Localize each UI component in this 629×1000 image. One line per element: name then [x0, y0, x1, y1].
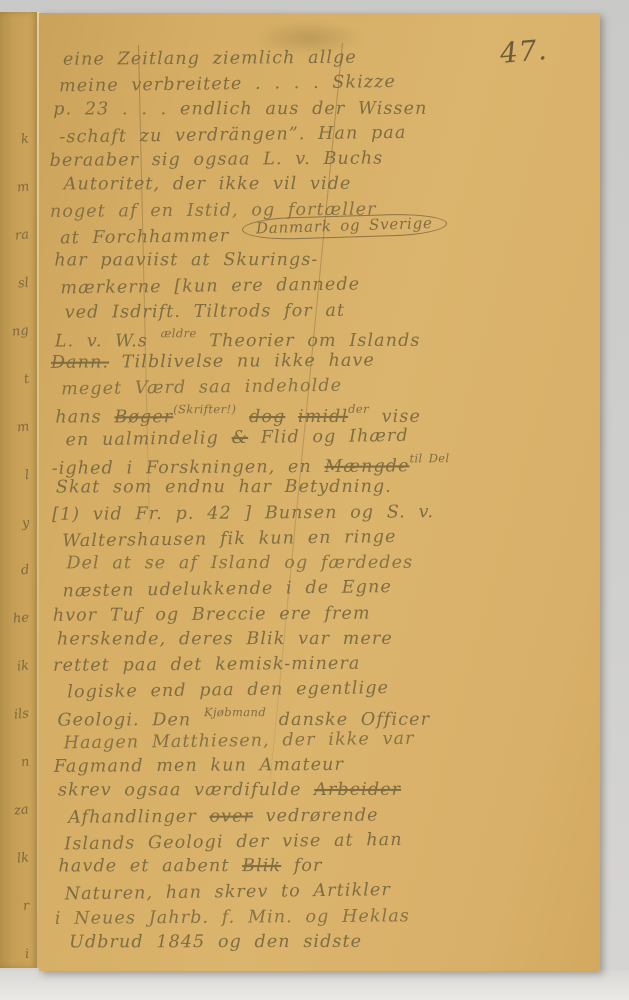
- handwritten-text: Afhandlinger: [68, 806, 209, 827]
- handwritten-text: i Neues Jahrb. f. Min. og Heklas: [55, 906, 410, 928]
- superscript-insertion: ældre: [161, 326, 197, 340]
- handwritten-text: -schaft zu verdrängen”. Han paa: [59, 123, 406, 148]
- handwritten-text: Theorier om Islands: [197, 331, 421, 351]
- struck-word: Dann.: [51, 352, 109, 372]
- manuscript-line: logiske end paa den egentlige: [67, 676, 583, 708]
- handwritten-text: beraaber sig ogsaa L. v. Buchs: [50, 149, 384, 171]
- edge-fragment: m: [16, 179, 30, 195]
- edge-fragment: y: [21, 515, 30, 531]
- manuscript-line: L. v. W.s ældre Theorier om Islands: [55, 325, 581, 351]
- handwritten-text: havde et aabent: [59, 856, 243, 876]
- manuscript-line: Islands Geologi der vise at han: [64, 827, 584, 859]
- edge-fragment: ra: [14, 227, 29, 243]
- handwritten-text: rettet paa det kemisk-minera: [53, 654, 360, 676]
- handwritten-text: [236, 407, 249, 427]
- handwritten-text: Islands Geologi der vise at han: [64, 830, 403, 854]
- handwritten-text: -ighed i Forskningen, en: [52, 457, 325, 479]
- edge-fragment: sl: [17, 275, 29, 291]
- handwritten-text: vedrørende: [253, 805, 379, 826]
- manuscript-line: herskende, deres Blik var mere: [57, 628, 583, 654]
- edge-fragment: ng: [12, 323, 30, 340]
- handwritten-text: Flid og Ihærd: [248, 426, 409, 448]
- manuscript-line: hvor Tuf og Breccie ere frem: [53, 602, 583, 631]
- manuscript-line: meine verbreitete . . . . Skizze: [59, 70, 579, 102]
- superscript-insertion: til Del: [409, 451, 449, 465]
- superscript-insertion: (Skrifter!): [173, 402, 236, 416]
- edge-fragment: d: [20, 563, 30, 579]
- handwritten-text: herskende, deres Blik var mere: [57, 629, 393, 650]
- manuscript-lines: eine Zeitlang ziemlich allgemeine verbre…: [49, 46, 585, 959]
- edge-fragment: ik: [16, 659, 30, 675]
- edge-fragment: he: [12, 611, 30, 628]
- manuscript-line: at Forchhammer Danmark og Sverige: [60, 221, 580, 253]
- edge-fragment: za: [14, 802, 30, 818]
- manuscript-line: ved Isdrift. Tiltrods for at: [65, 299, 581, 328]
- handwritten-text: danske Officer: [266, 709, 430, 729]
- handwritten-text: [285, 407, 298, 427]
- superscript-insertion: Kjøbmand: [204, 705, 266, 719]
- manuscript-line: p. 23 . . . endlich aus der Wissen: [53, 98, 579, 124]
- edge-fragment: n: [20, 755, 30, 771]
- manuscript-line: beraaber sig ogsaa L. v. Buchs: [50, 147, 580, 176]
- handwritten-text: hans: [55, 407, 114, 427]
- struck-word: dog: [249, 407, 285, 427]
- manuscript-line: skrev ogsaa værdifulde Arbeider: [58, 780, 584, 806]
- edge-fragment: k: [20, 132, 29, 147]
- handwritten-text: en ualmindelig: [65, 428, 231, 450]
- handwritten-text: Waltershausen fik kun en ringe: [62, 527, 397, 551]
- edge-fragment: r: [22, 899, 30, 915]
- handwritten-text: logiske end paa den egentlige: [67, 678, 389, 702]
- previous-page-edge: kmraslngtmlydheikilsnzalkri: [0, 12, 38, 968]
- handwritten-text: at Forchhammer: [60, 226, 242, 248]
- handwritten-text: Skat som endnu har Betydning.: [56, 477, 392, 498]
- handwritten-text: meget Værd saa indeholde: [61, 376, 342, 400]
- handwritten-text: mærkerne [kun ere dannede: [60, 275, 360, 299]
- handwritten-text: Fagmand men kun Amateur: [54, 755, 344, 777]
- struck-word: Mængde: [324, 456, 409, 477]
- handwritten-text: næsten udelukkende i de Egne: [62, 577, 391, 601]
- scanned-manuscript: kmraslngtmlydheikilsnzalkri 47. eine Zei…: [0, 0, 629, 1000]
- handwritten-text: Autoritet, der ikke vil vide: [64, 174, 352, 195]
- struck-word: imidl: [298, 406, 348, 426]
- manuscript-line: Geologi. Den Kjøbmand danske Officer: [57, 704, 583, 730]
- handwritten-text: Tilblivelse nu ikke have: [109, 351, 375, 373]
- struck-word: Bøger: [114, 407, 173, 427]
- manuscript-line: Skat som endnu har Betydning.: [56, 477, 582, 503]
- handwritten-text: Geologi. Den: [57, 710, 203, 730]
- superscript-insertion: der: [348, 401, 369, 415]
- edge-text-fragments: kmraslngtmlydheikilsnzalkri: [0, 132, 32, 962]
- manuscript-line: Autoritet, der ikke vil vide: [64, 174, 580, 200]
- edge-fragment: m: [16, 419, 30, 435]
- handwritten-text: L. v. W.s: [55, 331, 161, 351]
- edge-fragment: i: [24, 947, 30, 962]
- struck-word: Blik: [242, 856, 281, 876]
- manuscript-line: i Neues Jahrb. f. Min. og Heklas: [55, 905, 585, 934]
- edge-fragment: ils: [13, 707, 29, 723]
- handwritten-text: hvor Tuf og Breccie ere frem: [53, 603, 371, 625]
- handwritten-text: skrev ogsaa værdifulde: [58, 780, 314, 800]
- scan-background-bottom: [0, 970, 629, 1000]
- manuscript-line: Fagmand men kun Amateur: [54, 753, 584, 782]
- manuscript-line: meget Værd saa indeholde: [61, 373, 581, 405]
- handwritten-text: p. 23 . . . endlich aus der Wissen: [53, 98, 427, 119]
- manuscript-line: hans Bøger(Skrifter!) dog imidlder vise: [55, 401, 581, 427]
- handwritten-text: vise: [369, 406, 421, 426]
- handwritten-text: ved Isdrift. Tiltrods for at: [65, 300, 346, 322]
- manuscript-line: Udbrud 1845 og den sidste: [69, 931, 585, 957]
- handwritten-text: [1) vid Fr. p. 42 ] Bunsen og S. v.: [52, 502, 434, 525]
- struck-word: &: [231, 428, 248, 448]
- manuscript-line: -ighed i Forskningen, en Mængdetil Del: [52, 450, 582, 479]
- edge-fragment: l: [24, 467, 30, 482]
- edge-fragment: lk: [16, 850, 30, 866]
- handwritten-text: meine verbreitete . . . . Skizze: [59, 72, 396, 96]
- struck-word: Arbeider: [314, 780, 401, 800]
- handwritten-text: Haagen Matthiesen, der ikke var: [64, 729, 415, 754]
- manuscript-page: 47. eine Zeitlang ziemlich allgemeine ve…: [39, 13, 600, 971]
- handwritten-text: Del at se af Island og færdedes: [66, 553, 413, 574]
- handwritten-text: eine Zeitlang ziemlich allge: [63, 48, 357, 70]
- struck-word: over: [209, 806, 253, 826]
- handwritten-text: Udbrud 1845 og den sidste: [69, 932, 362, 953]
- handwritten-text: har paaviist at Skurings-: [54, 250, 318, 270]
- edge-fragment: t: [23, 371, 30, 386]
- manuscript-line: Waltershausen fik kun en ringe: [62, 524, 582, 556]
- handwritten-text: Naturen, han skrev to Artikler: [65, 880, 391, 904]
- handwritten-text: for: [281, 856, 322, 876]
